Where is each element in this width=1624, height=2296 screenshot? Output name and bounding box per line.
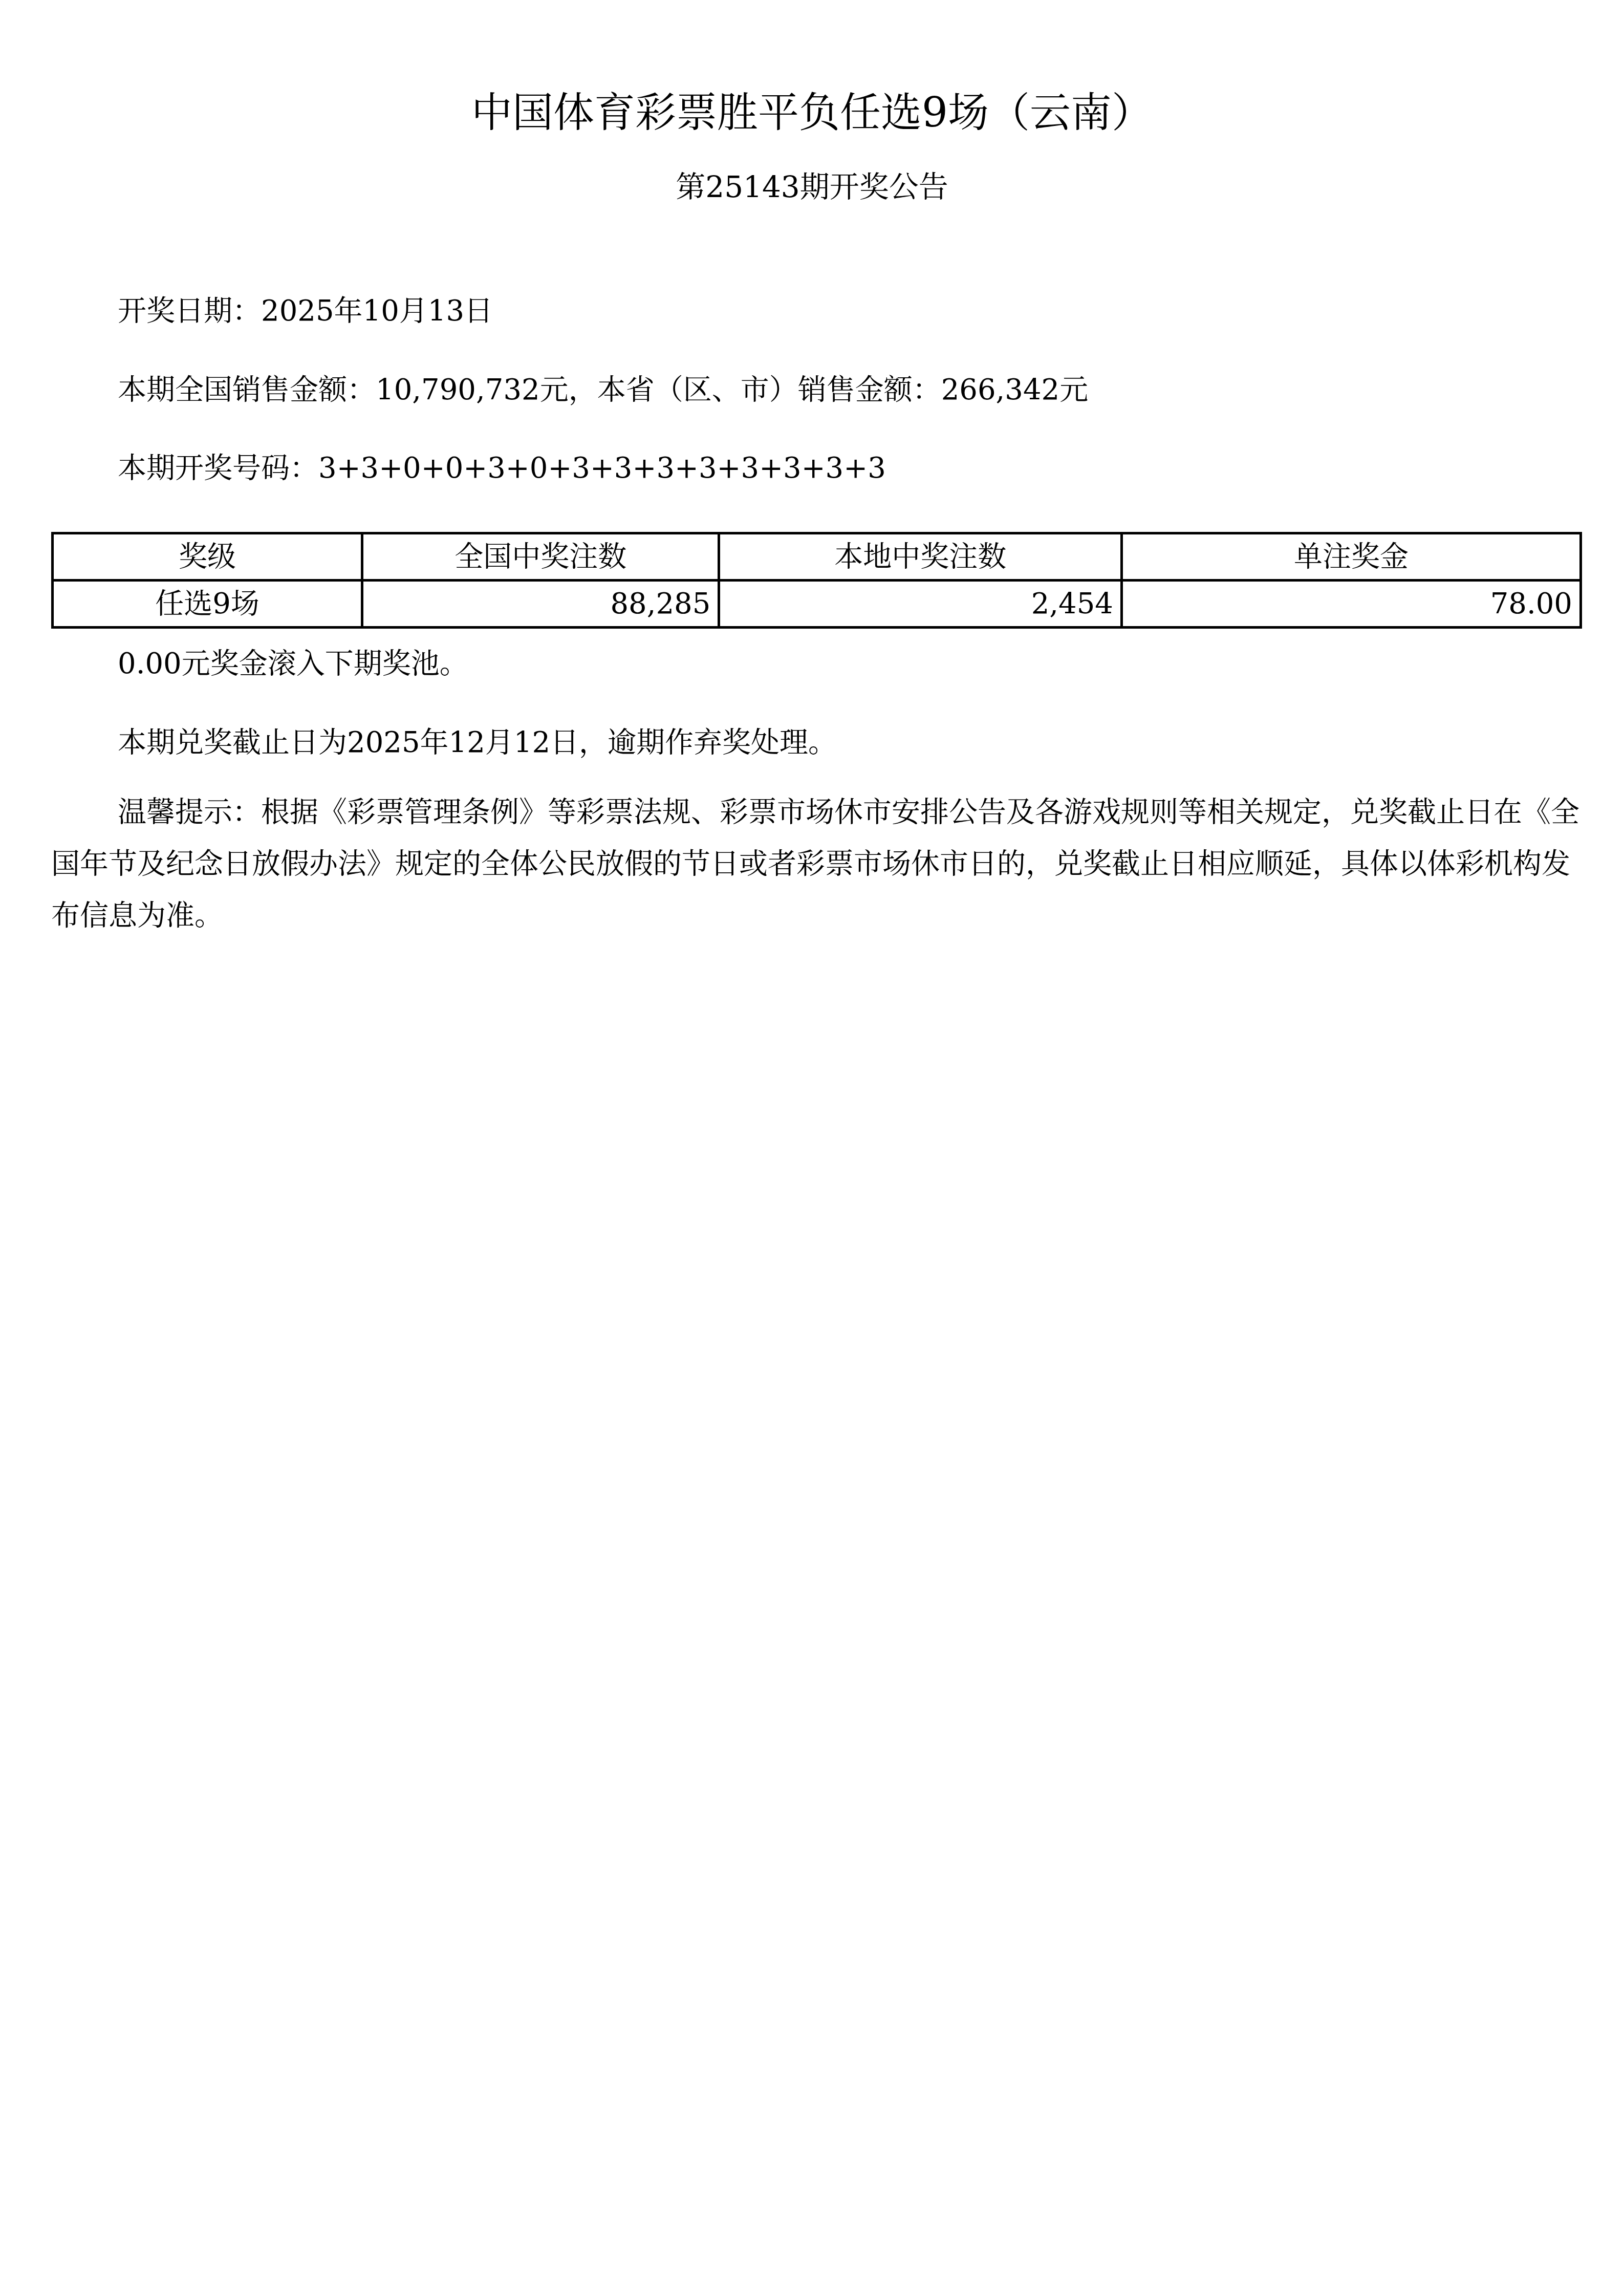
draw-date-label: 开奖日期： — [118, 294, 261, 328]
header-prize-per-bet: 单注奖金 — [1121, 533, 1580, 581]
winning-numbers-value: 3+3+0+0+3+0+3+3+3+3+3+3+3+3 — [318, 452, 886, 485]
header-prize-level: 奖级 — [53, 533, 362, 581]
winning-numbers-line: 本期开奖号码：3+3+0+0+3+0+3+3+3+3+3+3+3+3 — [118, 448, 886, 489]
cell-local-winners: 2,454 — [719, 581, 1122, 628]
prize-table: 奖级 全国中奖注数 本地中奖注数 单注奖金 任选9场 88,285 2,454 … — [51, 532, 1582, 629]
rollover-note: 0.00元奖金滚入下期奖池。 — [118, 643, 468, 684]
page-title: 中国体育彩票胜平负任选9场（云南） — [0, 84, 1624, 141]
table-row: 任选9场 88,285 2,454 78.00 — [53, 581, 1581, 628]
header-local-winners: 本地中奖注数 — [719, 533, 1122, 581]
table-header-row: 奖级 全国中奖注数 本地中奖注数 单注奖金 — [53, 533, 1581, 581]
cell-prize-level: 任选9场 — [53, 581, 362, 628]
sales-line: 本期全国销售金额：10,790,732元，本省（区、市）销售金额：266,342… — [118, 370, 1088, 411]
winning-numbers-label: 本期开奖号码： — [118, 452, 318, 485]
draw-date-value: 2025年10月13日 — [261, 294, 493, 328]
header-national-winners: 全国中奖注数 — [362, 533, 719, 581]
claim-deadline-note: 本期兑奖截止日为2025年12月12日，逾期作弃奖处理。 — [118, 722, 837, 763]
draw-date-line: 开奖日期：2025年10月13日 — [118, 291, 493, 332]
cell-national-winners: 88,285 — [362, 581, 719, 628]
issue-subtitle: 第25143期开奖公告 — [0, 166, 1624, 207]
cell-prize-per-bet: 78.00 — [1121, 581, 1580, 628]
reminder-notice: 温馨提示：根据《彩票管理条例》等彩票法规、彩票市场休市安排公告及各游戏规则等相关… — [51, 786, 1582, 941]
